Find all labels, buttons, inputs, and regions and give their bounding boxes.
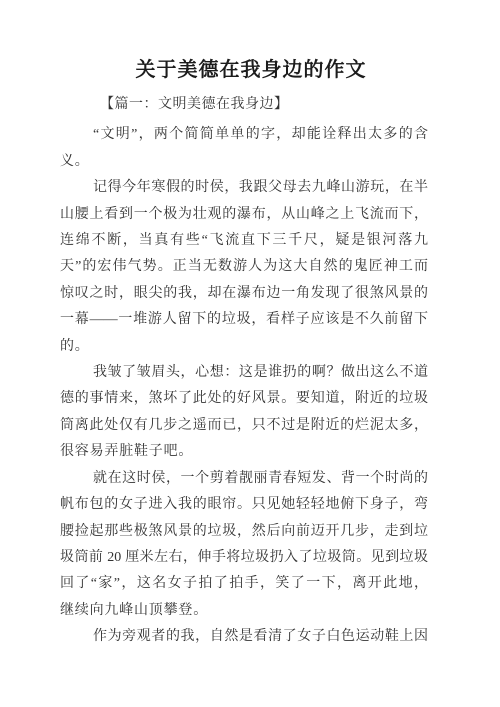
text-line: 天”的宏伟气势。正当无数游人为这大自然的鬼匠神工而 — [60, 254, 428, 280]
paragraph: 就在这时侯，一个剪着靓丽青春短发、背一个时尚的帆布包的女子进入我的眼帘。只见她轻… — [60, 466, 428, 624]
text-line: 筒离此处仅有几步之遥而已，只不过是附近的烂泥太多， — [60, 413, 428, 439]
essay-body: “文明”，两个简简单单的字，却能诠释出太多的含义。记得今年寒假的时侯，我跟父母去… — [60, 122, 428, 650]
text-line: 继续向九峰山顶攀登。 — [60, 598, 428, 624]
text-line: 的。 — [60, 334, 428, 360]
paragraph: 我皱了皱眉头，心想：这是谁扔的啊？做出这么不道德的事情来，煞坏了此处的好风景。要… — [60, 360, 428, 466]
text-line: 一幕——一堆游人留下的垃圾，看样子应该是不久前留下 — [60, 307, 428, 333]
text-line: 我皱了皱眉头，心想：这是谁扔的啊？做出这么不道 — [60, 360, 428, 386]
text-line: “文明”，两个简简单单的字，却能诠释出太多的含 — [60, 122, 428, 148]
text-line: 回了“家”，这名女子拍了拍手，笑了一下，离开此地， — [60, 571, 428, 597]
text-line: 义。 — [60, 149, 428, 175]
text-line: 就在这时侯，一个剪着靓丽青春短发、背一个时尚的 — [60, 466, 428, 492]
essay-title: 关于美德在我身边的作文 — [74, 56, 428, 84]
text-line: 德的事情来，煞坏了此处的好风景。要知道，附近的垃圾 — [60, 386, 428, 412]
text-line: 腰捡起那些极煞风景的垃圾，然后向前迈开几步，走到垃 — [60, 519, 428, 545]
text-line: 圾筒前 20 厘米左右，伸手将垃圾扔入了垃圾筒。见到垃圾 — [60, 545, 428, 571]
document-page: 关于美德在我身边的作文 【篇一：文明美德在我身边】 “文明”，两个简简单单的字，… — [0, 0, 500, 707]
text-line: 帆布包的女子进入我的眼帘。只见她轻轻地俯下身子，弯 — [60, 492, 428, 518]
text-line: 连绵不断，当真有些“飞流直下三千尺，疑是银河落九 — [60, 228, 428, 254]
section-heading: 【篇一：文明美德在我身边】 — [60, 92, 428, 118]
text-line: 记得今年寒假的时侯，我跟父母去九峰山游玩，在半 — [60, 175, 428, 201]
text-line: 山腰上看到一个极为壮观的瀑布，从山峰之上飞流而下， — [60, 202, 428, 228]
text-line: 作为旁观者的我，自然是看清了女子白色运动鞋上因 — [60, 624, 428, 650]
text-line: 很容易弄脏鞋子吧。 — [60, 439, 428, 465]
paragraph: “文明”，两个简简单单的字，却能诠释出太多的含义。 — [60, 122, 428, 175]
text-line: 惊叹之时，眼尖的我，却在瀑布边一角发现了很煞风景的 — [60, 281, 428, 307]
paragraph: 作为旁观者的我，自然是看清了女子白色运动鞋上因 — [60, 624, 428, 650]
paragraph: 记得今年寒假的时侯，我跟父母去九峰山游玩，在半山腰上看到一个极为壮观的瀑布，从山… — [60, 175, 428, 360]
